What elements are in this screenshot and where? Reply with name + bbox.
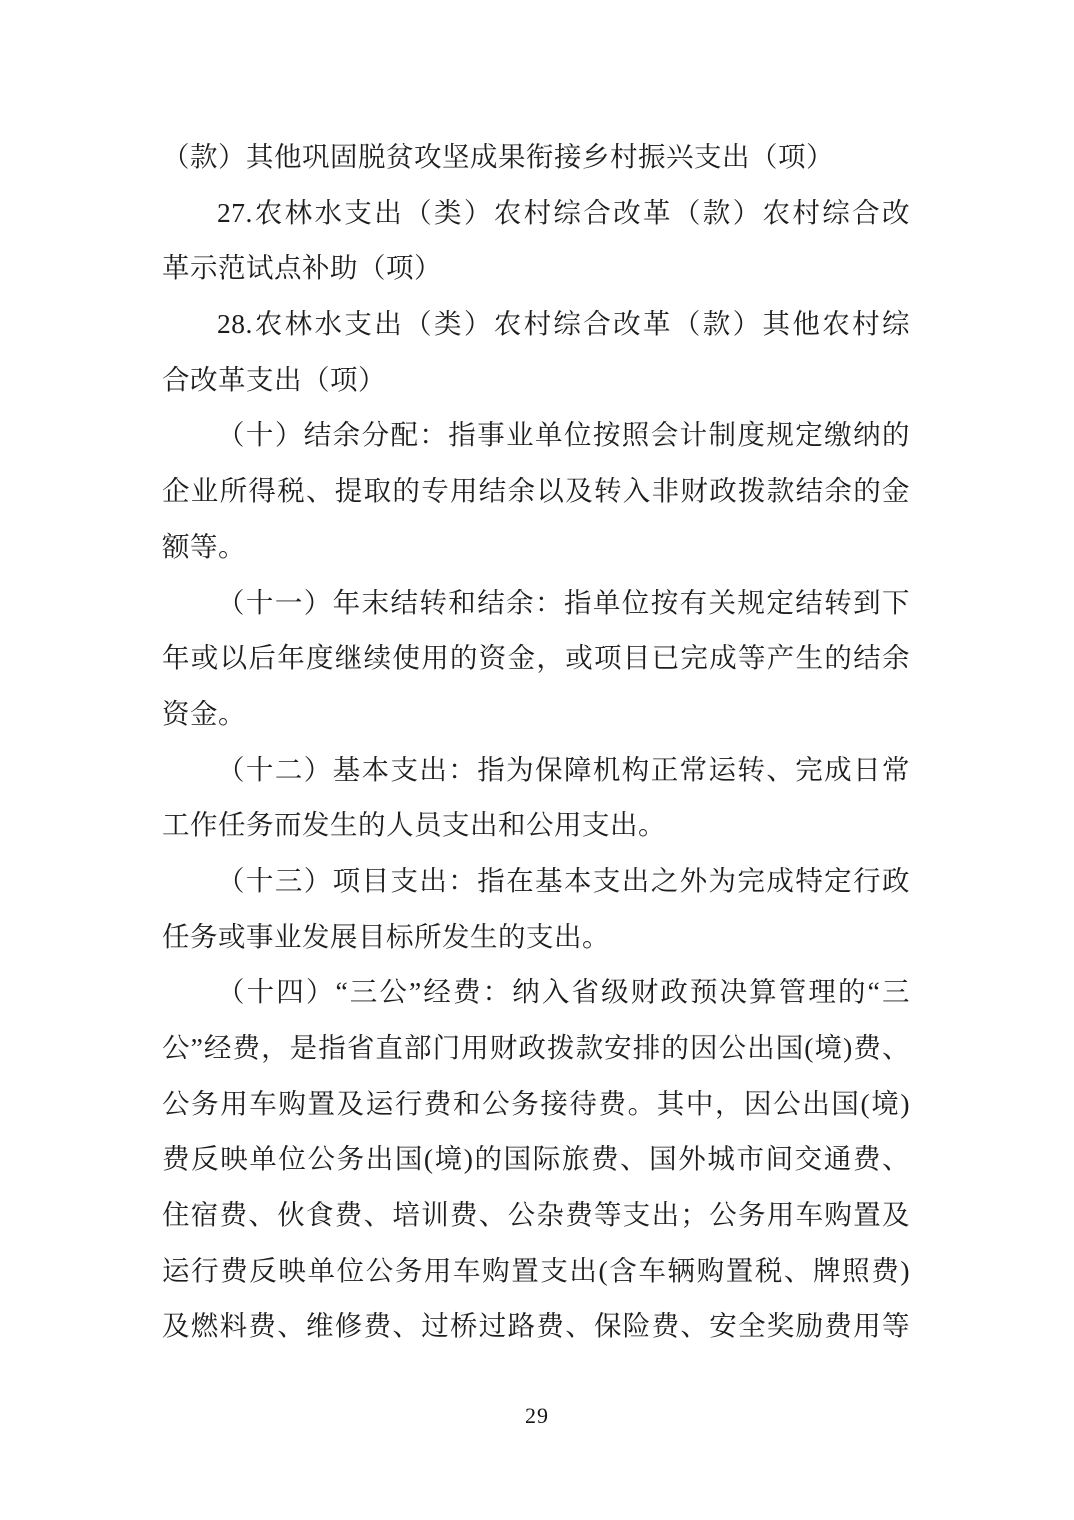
document-line: 工作任务而发生的人员支出和公用支出。 bbox=[162, 797, 910, 853]
document-line: 革示范试点补助（项） bbox=[162, 240, 910, 296]
paragraph: （十）结余分配：指事业单位按照会计制度规定缴纳的 企业所得税、提取的专用结余以及… bbox=[162, 407, 910, 574]
document-line: 费反映单位公务出国(境)的国际旅费、国外城市间交通费、 bbox=[162, 1131, 910, 1187]
document-line: 合改革支出（项） bbox=[162, 352, 910, 408]
document-line: （十一）年末结转和结余：指单位按有关规定结转到下 bbox=[162, 575, 910, 631]
page-number: 29 bbox=[0, 1403, 1074, 1429]
document-page: （款）其他巩固脱贫攻坚成果衔接乡村振兴支出（项） 27.农林水支出（类）农村综合… bbox=[0, 0, 1074, 1520]
document-line: 住宿费、伙食费、培训费、公杂费等支出；公务用车购置及 bbox=[162, 1187, 910, 1243]
document-line: 资金。 bbox=[162, 686, 910, 742]
paragraph: （十四）“三公”经费：纳入省级财政预决算管理的“三 公”经费，是指省直部门用财政… bbox=[162, 964, 910, 1354]
paragraph: （十二）基本支出：指为保障机构正常运转、完成日常 工作任务而发生的人员支出和公用… bbox=[162, 742, 910, 853]
document-line: 企业所得税、提取的专用结余以及转入非财政拨款结余的金 bbox=[162, 463, 910, 519]
document-line: （十）结余分配：指事业单位按照会计制度规定缴纳的 bbox=[162, 407, 910, 463]
text-block: （款）其他巩固脱贫攻坚成果衔接乡村振兴支出（项） 27.农林水支出（类）农村综合… bbox=[162, 129, 910, 1354]
document-line: 运行费反映单位公务用车购置支出(含车辆购置税、牌照费) bbox=[162, 1243, 910, 1299]
document-line: 任务或事业发展目标所发生的支出。 bbox=[162, 909, 910, 965]
document-line: 年或以后年度继续使用的资金，或项目已完成等产生的结余 bbox=[162, 630, 910, 686]
document-line: （款）其他巩固脱贫攻坚成果衔接乡村振兴支出（项） bbox=[162, 129, 910, 185]
paragraph: 27.农林水支出（类）农村综合改革（款）农村综合改 革示范试点补助（项） bbox=[162, 185, 910, 296]
document-line: 及燃料费、维修费、过桥过路费、保险费、安全奖励费用等 bbox=[162, 1298, 910, 1354]
document-line: 公务用车购置及运行费和公务接待费。其中，因公出国(境) bbox=[162, 1076, 910, 1132]
document-line: 28.农林水支出（类）农村综合改革（款）其他农村综 bbox=[162, 296, 910, 352]
paragraph: （款）其他巩固脱贫攻坚成果衔接乡村振兴支出（项） bbox=[162, 129, 910, 185]
paragraph: 28.农林水支出（类）农村综合改革（款）其他农村综 合改革支出（项） bbox=[162, 296, 910, 407]
paragraph: （十三）项目支出：指在基本支出之外为完成特定行政 任务或事业发展目标所发生的支出… bbox=[162, 853, 910, 964]
document-line: （十四）“三公”经费：纳入省级财政预决算管理的“三 bbox=[162, 964, 910, 1020]
document-line: 27.农林水支出（类）农村综合改革（款）农村综合改 bbox=[162, 185, 910, 241]
document-line: （十二）基本支出：指为保障机构正常运转、完成日常 bbox=[162, 742, 910, 798]
paragraph: （十一）年末结转和结余：指单位按有关规定结转到下 年或以后年度继续使用的资金，或… bbox=[162, 575, 910, 742]
document-line: 公”经费，是指省直部门用财政拨款安排的因公出国(境)费、 bbox=[162, 1020, 910, 1076]
document-line: （十三）项目支出：指在基本支出之外为完成特定行政 bbox=[162, 853, 910, 909]
document-line: 额等。 bbox=[162, 519, 910, 575]
